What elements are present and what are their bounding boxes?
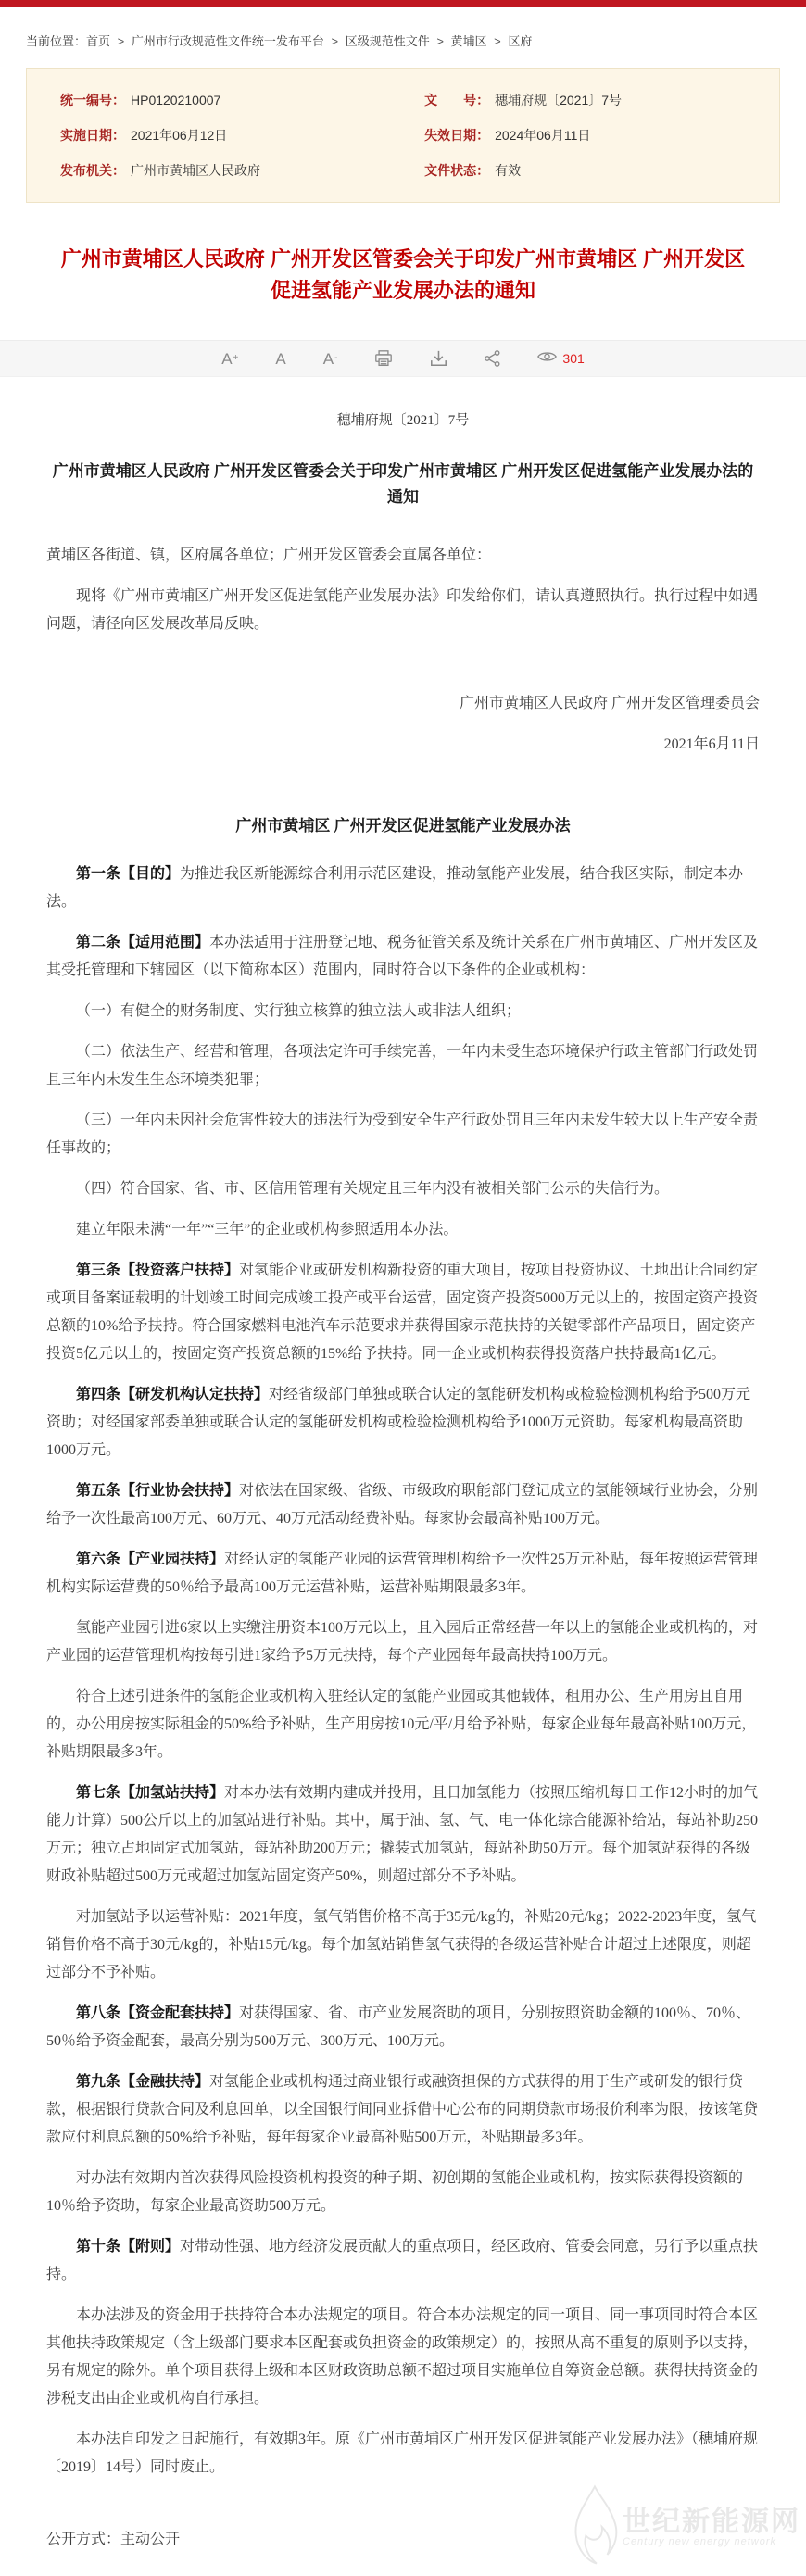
paragraph-text: 对加氢站予以运营补贴：2021年度，氢气销售价格不高于35元/kg的，补贴20元… <box>46 1909 756 1980</box>
meta-item: 文 号：穗埔府规〔2021〕7号 <box>424 91 761 109</box>
meta-item: 失效日期：2024年06月11日 <box>424 126 761 145</box>
paragraph-text: 广州市黄埔区 广州开发区促进氢能产业发展办法 <box>235 817 570 835</box>
meta-grid: 统一编号：HP0120210007文 号：穗埔府规〔2021〕7号实施日期：20… <box>60 91 761 180</box>
article-lead: 第四条【研发机构认定扶持】 <box>76 1387 269 1402</box>
meta-label: 实施日期： <box>60 128 125 143</box>
doc-number: 穗埔府规〔2021〕7号 <box>46 407 760 434</box>
font-reset-button[interactable]: A <box>275 351 285 367</box>
paragraph: 2021年6月11日 <box>46 731 760 759</box>
breadcrumb-separator: > <box>114 34 128 48</box>
paragraph: 对办法有效期内首次获得风险投资机构投资的种子期、初创期的氢能企业或机构，按实际获… <box>46 2165 760 2220</box>
doc-paragraphs: 黄埔区各街道、镇，区府属各单位；广州开发区管委会直属各单位：现将《广州市黄埔区广… <box>46 542 760 2554</box>
paragraph-text: 符合上述引进条件的氢能企业或机构入驻经认定的氢能产业园或其他载体，租用办公、生产… <box>46 1689 756 1760</box>
paragraph-text: （二）依法生产、经营和管理，各项法定许可手续完善，一年内未受生态环境保护行政主管… <box>46 1044 758 1087</box>
paragraph: 第七条【加氢站扶持】对本办法有效期内建成并投用，且日加氢能力（按照压缩机每日工作… <box>46 1779 760 1891</box>
paragraph-text: 本办法自印发之日起施行，有效期3年。原《广州市黄埔区广州开发区促进氢能产业发展办… <box>46 2431 758 2475</box>
download-icon <box>430 350 447 367</box>
print-button[interactable] <box>374 350 393 367</box>
breadcrumb-prefix: 当前位置： <box>26 34 86 48</box>
paragraph-text: 对办法有效期内首次获得风险投资机构投资的种子期、初创期的氢能企业或机构，按实际获… <box>46 2170 743 2214</box>
print-icon <box>374 350 393 367</box>
breadcrumb-links: 首页 > 广州市行政规范性文件统一发布平台 > 区级规范性文件 > 黄埔区 > … <box>86 34 532 48</box>
paragraph: 广州市黄埔区 广州开发区促进氢能产业发展办法 <box>46 812 760 840</box>
breadcrumb-link[interactable]: 广州市行政规范性文件统一发布平台 <box>132 34 324 48</box>
meta-item: 实施日期：2021年06月12日 <box>60 126 424 145</box>
article-lead: 第九条【金融扶持】 <box>76 2074 209 2090</box>
article-lead: 第二条【适用范围】 <box>76 935 209 950</box>
article-lead: 第七条【加氢站扶持】 <box>76 1785 224 1801</box>
meta-panel: 统一编号：HP0120210007文 号：穗埔府规〔2021〕7号实施日期：20… <box>26 68 780 203</box>
paragraph: 第二条【适用范围】本办法适用于注册登记地、税务征管关系及统计关系在广州市黄埔区、… <box>46 929 760 985</box>
meta-label: 失效日期： <box>424 128 489 143</box>
paragraph-text: （四）符合国家、省、市、区信用管理有关规定且三年内没有被相关部门公示的失信行为。 <box>76 1181 669 1197</box>
paragraph: 公开方式：主动公开 <box>46 2526 760 2554</box>
paragraph: 黄埔区各街道、镇，区府属各单位；广州开发区管委会直属各单位： <box>46 542 760 570</box>
font-reset-icon: A <box>275 351 285 367</box>
paragraph: （二）依法生产、经营和管理，各项法定许可手续完善，一年内未受生态环境保护行政主管… <box>46 1038 760 1094</box>
paragraph: 第十条【附则】对带动性强、地方经济发展贡献大的重点项目，经区政府、管委会同意，另… <box>46 2233 760 2289</box>
paragraph-text: 本办法涉及的资金用于扶持符合本办法规定的项目。符合本办法规定的同一项目、同一事项… <box>46 2307 758 2406</box>
article-lead: 第三条【投资落户扶持】 <box>76 1263 239 1278</box>
article-lead: 第五条【行业协会扶持】 <box>76 1483 239 1499</box>
meta-item: 统一编号：HP0120210007 <box>60 91 424 109</box>
breadcrumb-link[interactable]: 黄埔区 <box>451 34 487 48</box>
font-decrease-button[interactable]: A- <box>323 351 338 367</box>
breadcrumb-separator: > <box>328 34 342 48</box>
paragraph: 第八条【资金配套扶持】对获得国家、省、市产业发展资助的项目，分别按照资助金额的1… <box>46 2000 760 2055</box>
article-lead: 第六条【产业园扶持】 <box>76 1552 224 1567</box>
paragraph-text: 广州市黄埔区人民政府 广州开发区管理委员会 <box>460 696 760 711</box>
paragraph: 第四条【研发机构认定扶持】对经省级部门单独或联合认定的氢能研发机构或检验检测机构… <box>46 1381 760 1464</box>
paragraph: （三）一年内未因社会危害性较大的违法行为受到安全生产行政处罚且三年内未发生较大以… <box>46 1107 760 1162</box>
page: 当前位置：首页 > 广州市行政规范性文件统一发布平台 > 区级规范性文件 > 黄… <box>0 0 806 2576</box>
share-button[interactable] <box>485 350 500 367</box>
paragraph: 第五条【行业协会扶持】对依法在国家级、省级、市级政府职能部门登记成立的氢能领域行… <box>46 1477 760 1533</box>
meta-value: HP0120210007 <box>131 93 220 107</box>
paragraph: （四）符合国家、省、市、区信用管理有关规定且三年内没有被相关部门公示的失信行为。 <box>46 1175 760 1203</box>
share-icon <box>485 350 500 367</box>
view-count: 301 <box>562 351 584 366</box>
font-increase-icon: A <box>221 351 232 367</box>
meta-label: 发布机关： <box>60 163 125 178</box>
document-body: 穗埔府规〔2021〕7号 广州市黄埔区人民政府 广州开发区管委会关于印发广州市黄… <box>0 407 806 2554</box>
meta-label: 文件状态： <box>424 163 489 178</box>
download-button[interactable] <box>430 350 447 367</box>
article-lead: 第八条【资金配套扶持】 <box>76 2005 239 2021</box>
paragraph: 第一条【目的】为推进我区新能源综合利用示范区建设，推动氢能产业发展，结合我区实际… <box>46 861 760 916</box>
page-title: 广州市黄埔区人民政府 广州开发区管委会关于印发广州市黄埔区 广州开发区促进氢能产… <box>56 244 750 307</box>
breadcrumb: 当前位置：首页 > 广州市行政规范性文件统一发布平台 > 区级规范性文件 > 黄… <box>0 7 806 49</box>
font-increase-modifier: + <box>233 354 239 363</box>
paragraph: 广州市黄埔区人民政府 广州开发区管理委员会 <box>46 690 760 718</box>
paragraph: 本办法涉及的资金用于扶持符合本办法规定的项目。符合本办法规定的同一项目、同一事项… <box>46 2302 760 2413</box>
font-increase-button[interactable]: A+ <box>221 351 238 367</box>
article-lead: 第一条【目的】 <box>76 866 180 882</box>
paragraph: 第六条【产业园扶持】对经认定的氢能产业园的运营管理机构给予一次性25万元补贴，每… <box>46 1546 760 1602</box>
breadcrumb-link[interactable]: 区府 <box>508 34 532 48</box>
paragraph: 氢能产业园引进6家以上实缴注册资本100万元以上，且入园后正常经营一年以上的氢能… <box>46 1615 760 1670</box>
notice-title: 广州市黄埔区人民政府 广州开发区管委会关于印发广州市黄埔区 广州开发区促进氢能产… <box>46 459 760 510</box>
paragraph-text: 现将《广州市黄埔区广州开发区促进氢能产业发展办法》印发给你们，请认真遵照执行。执… <box>46 588 758 632</box>
paragraph-text: 2021年6月11日 <box>664 736 760 752</box>
paragraph: 第九条【金融扶持】对氢能企业或机构通过商业银行或融资担保的方式获得的用于生产或研… <box>46 2068 760 2152</box>
meta-item: 文件状态：有效 <box>424 161 761 180</box>
paragraph-text: 建立年限未满“一年”“三年”的企业或机构参照适用本办法。 <box>76 1222 458 1238</box>
font-decrease-icon: A <box>323 351 334 367</box>
paragraph: 建立年限未满“一年”“三年”的企业或机构参照适用本办法。 <box>46 1216 760 1244</box>
meta-value: 广州市黄埔区人民政府 <box>131 163 260 178</box>
view-counter: 301 <box>537 350 584 368</box>
breadcrumb-separator: > <box>434 34 447 48</box>
paragraph-text: 氢能产业园引进6家以上实缴注册资本100万元以上，且入园后正常经营一年以上的氢能… <box>46 1620 758 1664</box>
meta-value: 有效 <box>495 163 521 178</box>
paragraph-text: （三）一年内未因社会危害性较大的违法行为受到安全生产行政处罚且三年内未发生较大以… <box>46 1112 758 1156</box>
meta-item: 发布机关：广州市黄埔区人民政府 <box>60 161 424 180</box>
meta-value: 2024年06月11日 <box>495 128 590 143</box>
article-lead: 第十条【附则】 <box>76 2239 180 2255</box>
meta-label: 文 号： <box>424 93 489 107</box>
top-red-bar <box>0 0 806 7</box>
paragraph-text: 黄埔区各街道、镇，区府属各单位；广州开发区管委会直属各单位： <box>46 547 491 563</box>
toolbar: A+AA-301 <box>0 340 806 377</box>
breadcrumb-link[interactable]: 首页 <box>86 34 110 48</box>
breadcrumb-link[interactable]: 区级规范性文件 <box>346 34 430 48</box>
meta-label: 统一编号： <box>60 93 125 107</box>
paragraph: 现将《广州市黄埔区广州开发区促进氢能产业发展办法》印发给你们，请认真遵照执行。执… <box>46 583 760 638</box>
meta-value: 穗埔府规〔2021〕7号 <box>495 93 622 107</box>
meta-value: 2021年06月12日 <box>131 128 227 143</box>
paragraph: （一）有健全的财务制度、实行独立核算的独立法人或非法人组织； <box>46 998 760 1025</box>
breadcrumb-separator: > <box>491 34 505 48</box>
paragraph: 符合上述引进条件的氢能企业或机构入驻经认定的氢能产业园或其他载体，租用办公、生产… <box>46 1683 760 1766</box>
paragraph: 第三条【投资落户扶持】对氢能企业或研发机构新投资的重大项目，按项目投资协议、土地… <box>46 1257 760 1368</box>
paragraph: 本办法自印发之日起施行，有效期3年。原《广州市黄埔区广州开发区促进氢能产业发展办… <box>46 2426 760 2482</box>
font-decrease-modifier: - <box>334 354 337 363</box>
eye-icon <box>537 350 557 368</box>
paragraph-text: 公开方式：主动公开 <box>46 2532 180 2547</box>
paragraph: 对加氢站予以运营补贴：2021年度，氢气销售价格不高于35元/kg的，补贴20元… <box>46 1904 760 1987</box>
paragraph-text: （一）有健全的财务制度、实行独立核算的独立法人或非法人组织； <box>76 1003 521 1019</box>
